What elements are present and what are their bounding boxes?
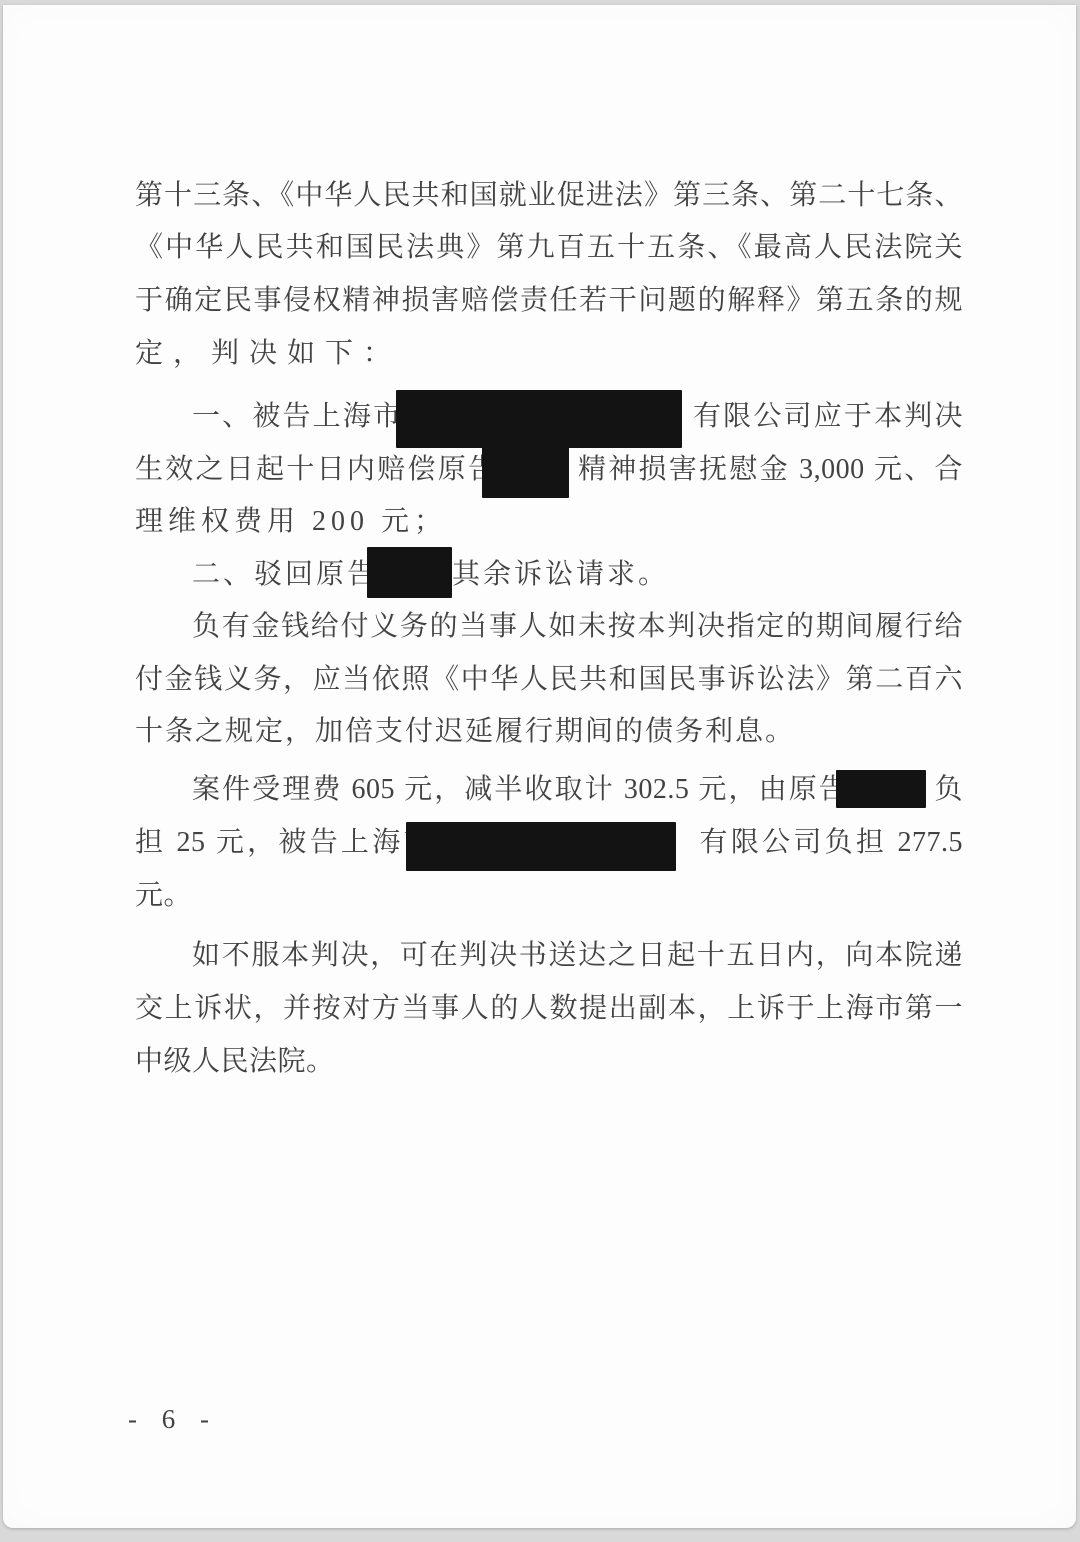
text-segment: 定，判决如下： bbox=[135, 338, 401, 369]
text-segment: 有限公司应于本判决 bbox=[691, 401, 963, 432]
text-line: 《中华人民共和国民法典》第九百五十五条、《最高人民法院关 bbox=[135, 230, 963, 266]
text-line: 第十三条、《中华人民共和国就业促进法》第三条、第二十七条、 bbox=[135, 178, 963, 214]
text-segment: 生效之日起十日内赔偿原告 bbox=[135, 454, 498, 485]
scanned-judgment-page: 第十三条、《中华人民共和国就业促进法》第三条、第二十七条、 《中华人民共和国民法… bbox=[0, 0, 1080, 1542]
text-segment: 交上诉状，并按对方当事人的人数提出副本，上诉于上海市第一 bbox=[135, 993, 963, 1024]
text-segment: 如不服本判决，可在判决书送达之日起十五日内，向本院递 bbox=[192, 940, 963, 971]
page-number: - 6 - bbox=[128, 1402, 218, 1436]
text-line: 十条之规定，加倍支付迟延履行期间的债务利息。 bbox=[135, 714, 963, 750]
text-line: 元。 bbox=[135, 878, 963, 914]
text-line: 理维权费用 200 元； bbox=[135, 504, 963, 540]
text-line: 付金钱义务，应当依照《中华人民共和国民事诉讼法》第二百六 bbox=[135, 662, 963, 698]
redaction-box bbox=[482, 443, 569, 498]
text-segment: 付金钱义务，应当依照《中华人民共和国民事诉讼法》第二百六 bbox=[135, 664, 963, 695]
text-segment: 精神损害抚慰金 3,000 元、合 bbox=[576, 454, 963, 485]
document-body: 第十三条、《中华人民共和国就业促进法》第三条、第二十七条、 《中华人民共和国民法… bbox=[0, 0, 1080, 1542]
text-segment: 理维权费用 200 元； bbox=[135, 506, 447, 537]
text-line: 于确定民事侵权精神损害赔偿责任若干问题的解释》第五条的规 bbox=[135, 283, 963, 319]
text-segment: 负有金钱给付义务的当事人如未按本判决指定的期间履行给 bbox=[192, 611, 963, 642]
text-segment: 十条之规定，加倍支付迟延履行期间的债务利息。 bbox=[135, 716, 795, 747]
text-segment: 负 bbox=[933, 774, 963, 805]
text-line: 二、驳回原告其余诉讼请求。 bbox=[135, 557, 963, 593]
text-segment: 二、驳回原告 bbox=[192, 559, 378, 590]
text-line: 定，判决如下： bbox=[135, 336, 963, 372]
text-segment: 第十三条、《中华人民共和国就业促进法》第三条、第二十七条、 bbox=[135, 180, 963, 211]
redaction-box bbox=[406, 822, 676, 871]
text-segment: 于确定民事侵权精神损害赔偿责任若干问题的解释》第五条的规 bbox=[135, 285, 963, 316]
text-segment: 《中华人民共和国民法典》第九百五十五条、《最高人民法院关 bbox=[135, 232, 963, 263]
text-line: 交上诉状，并按对方当事人的人数提出副本，上诉于上海市第一 bbox=[135, 991, 963, 1027]
redaction-box bbox=[367, 547, 452, 598]
text-segment: 案件受理费 605 元，减半收取计 302.5 元，由原告 bbox=[192, 774, 849, 805]
redaction-box bbox=[836, 770, 926, 808]
text-segment: 担 25 元，被告上海市 bbox=[135, 827, 435, 858]
redaction-box bbox=[396, 390, 682, 448]
text-segment: 中级人民法院。 bbox=[135, 1046, 335, 1077]
text-line: 中级人民法院。 bbox=[135, 1044, 963, 1080]
text-line: 负有金钱给付义务的当事人如未按本判决指定的期间履行给 bbox=[135, 609, 963, 645]
text-segment: 有限公司负担 277.5 bbox=[697, 827, 963, 858]
text-segment: 其余诉讼请求。 bbox=[452, 559, 669, 590]
text-line: 如不服本判决，可在判决书送达之日起十五日内，向本院递 bbox=[135, 938, 963, 974]
text-segment: 元。 bbox=[135, 880, 192, 911]
text-segment: 一、被告上海市 bbox=[192, 401, 403, 432]
